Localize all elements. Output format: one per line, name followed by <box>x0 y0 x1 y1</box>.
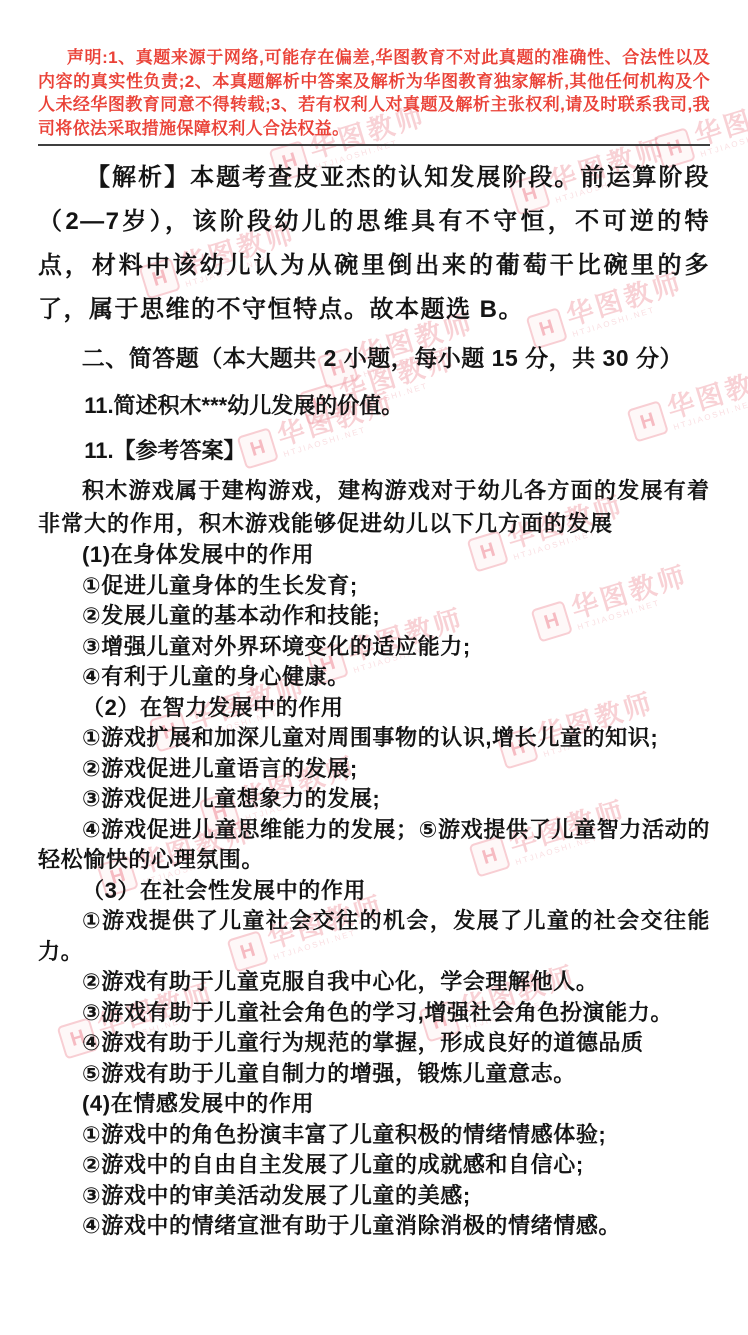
answer-list-item: ①游戏扩展和加深儿童对周围事物的认识,增长儿童的知识; <box>38 723 710 754</box>
answer-list: (1)在身体发展中的作用①促进儿童身体的生长发育;②发展儿童的基本动作和技能;③… <box>38 540 710 1242</box>
answer-list-item: ①促进儿童身体的生长发育; <box>38 571 710 602</box>
declaration-label: 声明: <box>67 48 108 67</box>
answer-list-item: ②发展儿童的基本动作和技能; <box>38 601 710 632</box>
answer-list-item: ③游戏中的审美活动发展了儿童的美感; <box>38 1181 710 1212</box>
answer-list-item: ④游戏促进儿童思维能力的发展；⑤游戏提供了儿童智力活动的轻松愉快的心理氛围。 <box>38 815 710 876</box>
answer-list-item: ④有利于儿童的身心健康。 <box>38 662 710 693</box>
answer-list-item: （2）在智力发展中的作用 <box>38 693 710 724</box>
answer-list-item: ②游戏促进儿童语言的发展; <box>38 754 710 785</box>
answer-list-item: ③游戏有助于儿童社会角色的学习,增强社会角色扮演能力。 <box>38 998 710 1029</box>
answer-list-item: ②游戏有助于儿童克服自我中心化，学会理解他人。 <box>38 967 710 998</box>
answer-list-item: ③游戏促进儿童想象力的发展; <box>38 784 710 815</box>
answer-list-item: （3）在社会性发展中的作用 <box>38 876 710 907</box>
answer-list-item: (4)在情感发展中的作用 <box>38 1089 710 1120</box>
answer-list-item: ⑤游戏有助于儿童自制力的增强，锻炼儿童意志。 <box>38 1059 710 1090</box>
answer-list-item: ①游戏提供了儿童社会交往的机会，发展了儿童的社会交往能力。 <box>38 906 710 967</box>
answer-list-item: ②游戏中的自由自主发展了儿童的成就感和自信心; <box>38 1150 710 1181</box>
answer-list-item: ④游戏中的情绪宣泄有助于儿童消除消极的情绪情感。 <box>38 1211 710 1242</box>
declaration-body: 1、真题来源于网络,可能存在偏差,华图教育不对此真题的准确性、合法性以及内容的真… <box>38 48 710 138</box>
question-11: 11.简述积木***幼儿发展的价值。 <box>38 390 710 422</box>
answer-list-item: ④游戏有助于儿童行为规范的掌握，形成良好的道德品质 <box>38 1028 710 1059</box>
answer-list-item: (1)在身体发展中的作用 <box>38 540 710 571</box>
answer-list-item: ③增强儿童对外界环境变化的适应能力; <box>38 632 710 663</box>
document-content: 声明:1、真题来源于网络,可能存在偏差,华图教育不对此真题的准确性、合法性以及内… <box>0 0 748 1242</box>
analysis-paragraph: 【解析】本题考查皮亚杰的认知发展阶段。前运算阶段（2—7岁），该阶段幼儿的思维具… <box>38 156 710 332</box>
copyright-declaration: 声明:1、真题来源于网络,可能存在偏差,华图教育不对此真题的准确性、合法性以及内… <box>38 0 710 140</box>
document-page: H 华图教师 HTJIAOSHI.NET H 华图教师 HTJIAOSHI.NE… <box>0 0 748 1335</box>
answer-intro-paragraph: 积木游戏属于建构游戏，建构游戏对于幼儿各方面的发展有着非常大的作用，积木游戏能够… <box>38 474 710 540</box>
section-heading: 二、简答题（本大题共 2 小题，每小题 15 分，共 30 分） <box>38 340 710 376</box>
header-divider-line <box>38 144 710 146</box>
reference-answer-label: 11.【参考答案】 <box>38 435 710 467</box>
answer-list-item: ①游戏中的角色扮演丰富了儿童积极的情绪情感体验; <box>38 1120 710 1151</box>
